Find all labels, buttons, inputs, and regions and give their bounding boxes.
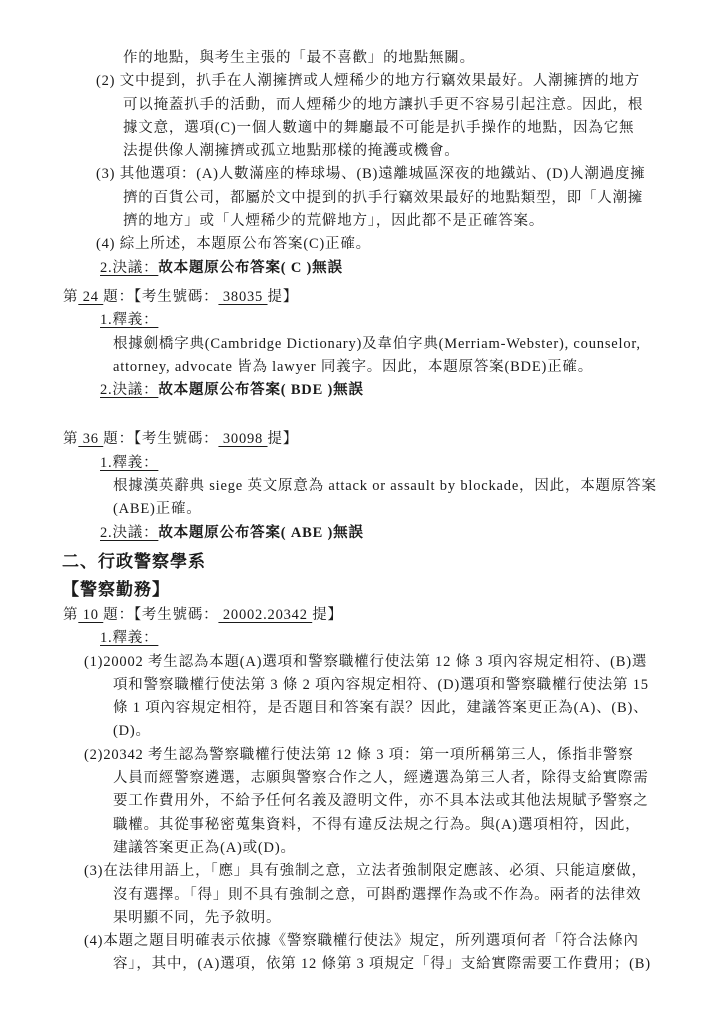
line-text: 20002 考生認為本題(A)選項和警察職權行使法第 12 條 3 項內容規定相… [103,654,647,670]
header-suffix: 提】 [312,607,343,623]
candidate-code: 30098 [218,431,267,447]
spacer [0,402,724,428]
text-line: (3) 其他選項：(A)人數滿座的棒球場、(B)遠離城區深夜的地鐵站、(D)人潮… [0,163,724,186]
line-text: 綜上所述，本題原公布答案(C)正確。 [120,236,371,252]
line-text: 法提供像人潮擁擠或孤立地點那樣的掩護或機會。 [123,143,460,159]
text-line: 要工作費用外，不給予任何名義及證明文件，亦不具本法或其他法規賦予警察之 [0,790,724,813]
text-line: 根據漢英辭典 siege 英文原意為 attack or assault by … [0,475,724,498]
section-question-24: 第 24 題：【考生號碼： 38035 提】 1.釋義： 根據劍橋字典(Camb… [0,286,724,402]
decision-text: 故本題原公布答案( ABE )無誤 [158,525,363,541]
question-number: 10 [78,607,103,623]
item-number: (3) [84,863,103,879]
section-question-36: 第 36 題：【考生號碼： 30098 提】 1.釋義： 根據漢英辭典 sieg… [0,428,724,544]
text-line: attorney, advocate 皆為 lawyer 同義字。因此，本題原答… [0,356,724,379]
line-text: 根據漢英辭典 siege 英文原意為 attack or assault by … [113,478,657,494]
line-text: 職權。其從事秘密蒐集資料，不得有違反法規之行為。與(A)選項相符，因此， [113,817,640,833]
text-line: 項和警察職權行使法第 3 條 2 項內容規定相符、(D)選項和警察職權行使法第 … [0,674,724,697]
decision-line: 2.決議：故本題原公布答案( ABE )無誤 [0,522,724,545]
item-number: (3) [96,166,120,182]
shiyi-label: 1.釋義： [100,630,158,646]
text-line: 建議答案更正為(A)或(D)。 [0,837,724,860]
shiyi-label-line: 1.釋義： [0,627,724,650]
item-number: (2) [96,73,120,89]
line-text: 人員而經警察遴選，志願與警察合作之人，經遴選為第三人者，除得支給實際需 [113,770,649,786]
header-suffix: 提】 [268,431,299,447]
subject-heading: 【警察勤務】 [0,576,724,604]
line-text: 在法律用語上，「應」具有強制之意，立法者強制限定應該、必須、只能這麼做， [103,863,647,879]
text-line: 容」，其中，(A)選項，依第 12 條第 3 項規定「得」支給實際需要工作費用；… [0,953,724,976]
line-text: 沒有選擇。「得」則不具有強制之意，可斟酌選擇作為或不作為。兩者的法律效 [113,887,641,903]
line-text: 20342 考生認為警察職權行使法第 12 條 3 項：第一項所稱第三人，係指非… [103,747,633,763]
candidate-code: 38035 [218,289,267,305]
text-line: 法提供像人潮擁擠或孤立地點那樣的掩護或機會。 [0,140,724,163]
decision-text: 故本題原公布答案( C )無誤 [158,260,342,276]
department-heading: 二、行政警察學系 [0,548,724,576]
line-text: 條 1 項內容規定相符，是否題目和答案有誤？因此，建議答案更正為(A)、(B)、 [113,700,648,716]
decision-line: 2.決議：故本題原公布答案( C )無誤 [0,257,724,280]
text-line: (2)20342 考生認為警察職權行使法第 12 條 3 項：第一項所稱第三人，… [0,744,724,767]
text-line: (ABE)正確。 [0,498,724,521]
text-line: 職權。其從事秘密蒐集資料，不得有違反法規之行為。與(A)選項相符，因此， [0,814,724,837]
line-text: 要工作費用外，不給予任何名義及證明文件，亦不具本法或其他法規賦予警察之 [113,793,649,809]
text-line: (4) 綜上所述，本題原公布答案(C)正確。 [0,233,724,256]
text-line: (1)20002 考生認為本題(A)選項和警察職權行使法第 12 條 3 項內容… [0,651,724,674]
line-text: 容」，其中，(A)選項，依第 12 條第 3 項規定「得」支給實際需要工作費用；… [113,956,651,972]
shiyi-label: 1.釋義： [100,455,158,471]
text-line: 可以掩蓋扒手的活動，而人煙稀少的地方讓扒手更不容易引起注意。因此，根 [0,94,724,117]
candidate-code: 20002.20342 [218,607,312,623]
line-text: (D)。 [113,723,151,739]
question-header: 第 10 題：【考生號碼： 20002.20342 提】 [0,604,724,627]
heading-text: 二、行政警察學系 [62,552,206,571]
text-line: (3)在法律用語上，「應」具有強制之意，立法者強制限定應該、必須、只能這麼做， [0,860,724,883]
line-text: 本題之題目明確表示依據《警察職權行使法》規定，所列選項何者「符合法條內 [103,933,639,949]
text-line: 人員而經警察遴選，志願與警察合作之人，經遴選為第三人者，除得支給實際需 [0,767,724,790]
header-prefix: 第 [63,431,78,447]
shiyi-label-line: 1.釋義： [0,309,724,332]
item-number: (4) [84,933,103,949]
line-text: 擠的地方」或「人煙稀少的荒僻地方」，因此都不是正確答案。 [123,213,544,229]
item-number: (4) [96,236,120,252]
line-text: 作的地點，與考生主張的「最不喜歡」的地點無關。 [123,50,475,66]
text-line: (D)。 [0,720,724,743]
line-text: 項和警察職權行使法第 3 條 2 項內容規定相符、(D)選項和警察職權行使法第 … [113,677,649,693]
question-header: 第 24 題：【考生號碼： 38035 提】 [0,286,724,309]
text-line: (4)本題之題目明確表示依據《警察職權行使法》規定，所列選項何者「符合法條內 [0,930,724,953]
text-line: 根據劍橋字典(Cambridge Dictionary)及韋伯字典(Merria… [0,333,724,356]
header-mid: 題：【考生號碼： [103,431,218,447]
question-header: 第 36 題：【考生號碼： 30098 提】 [0,428,724,451]
decision-label: 2.決議： [100,382,158,398]
header-mid: 題：【考生號碼： [103,607,218,623]
header-prefix: 第 [63,289,78,305]
line-text: 果明顯不同，先予敘明。 [113,910,281,926]
text-line: 擠的地方」或「人煙稀少的荒僻地方」，因此都不是正確答案。 [0,210,724,233]
item-number: (1) [84,654,103,670]
shiyi-label-line: 1.釋義： [0,452,724,475]
question-number: 24 [78,289,103,305]
text-line: (2) 文中提到，扒手在人潮擁擠或人煙稀少的地方行竊效果最好。人潮擁擠的地方 [0,70,724,93]
line-text: 根據劍橋字典(Cambridge Dictionary)及韋伯字典(Merria… [113,336,641,352]
text-line: 沒有選擇。「得」則不具有強制之意，可斟酌選擇作為或不作為。兩者的法律效 [0,884,724,907]
header-suffix: 提】 [268,289,299,305]
decision-line: 2.決議：故本題原公布答案( BDE )無誤 [0,379,724,402]
text-line: 果明顯不同，先予敘明。 [0,907,724,930]
text-line: 條 1 項內容規定相符，是否題目和答案有誤？因此，建議答案更正為(A)、(B)、 [0,697,724,720]
decision-text: 故本題原公布答案( BDE )無誤 [158,382,363,398]
line-text: 可以掩蓋扒手的活動，而人煙稀少的地方讓扒手更不容易引起注意。因此，根 [123,97,643,113]
line-text: attorney, advocate 皆為 lawyer 同義字。因此，本題原答… [113,359,593,375]
document-page: 作的地點，與考生主張的「最不喜歡」的地點無關。 (2) 文中提到，扒手在人潮擁擠… [0,0,724,1024]
question-number: 36 [78,431,103,447]
line-text: 建議答案更正為(A)或(D)。 [113,840,296,856]
line-text: 擠的百貨公司，都屬於文中提到的扒手行竊效果最好的地點類型，即「人潮擁 [123,190,643,206]
text-line: 作的地點，與考生主張的「最不喜歡」的地點無關。 [0,47,724,70]
shiyi-label: 1.釋義： [100,312,158,328]
text-line: 擠的百貨公司，都屬於文中提到的扒手行竊效果最好的地點類型，即「人潮擁 [0,187,724,210]
text-line: 據文意，選項(C)一個人數適中的舞廳最不可能是扒手操作的地點，因為它無 [0,117,724,140]
decision-label: 2.決議： [100,260,158,276]
line-text: 文中提到，扒手在人潮擁擠或人煙稀少的地方行竊效果最好。人潮擁擠的地方 [120,73,640,89]
line-text: (ABE)正確。 [113,501,202,517]
decision-label: 2.決議： [100,525,158,541]
line-text: 據文意，選項(C)一個人數適中的舞廳最不可能是扒手操作的地點，因為它無 [123,120,634,136]
item-number: (2) [84,747,103,763]
heading-text: 【警察勤務】 [62,580,170,599]
line-text: 其他選項：(A)人數滿座的棒球場、(B)遠離城區深夜的地鐵站、(D)人潮過度擁 [120,166,646,182]
header-mid: 題：【考生號碼： [103,289,218,305]
section-question-10: 第 10 題：【考生號碼： 20002.20342 提】 1.釋義： (1)20… [0,604,724,977]
header-prefix: 第 [63,607,78,623]
section-explanation-continued: 作的地點，與考生主張的「最不喜歡」的地點無關。 (2) 文中提到，扒手在人潮擁擠… [0,47,724,280]
